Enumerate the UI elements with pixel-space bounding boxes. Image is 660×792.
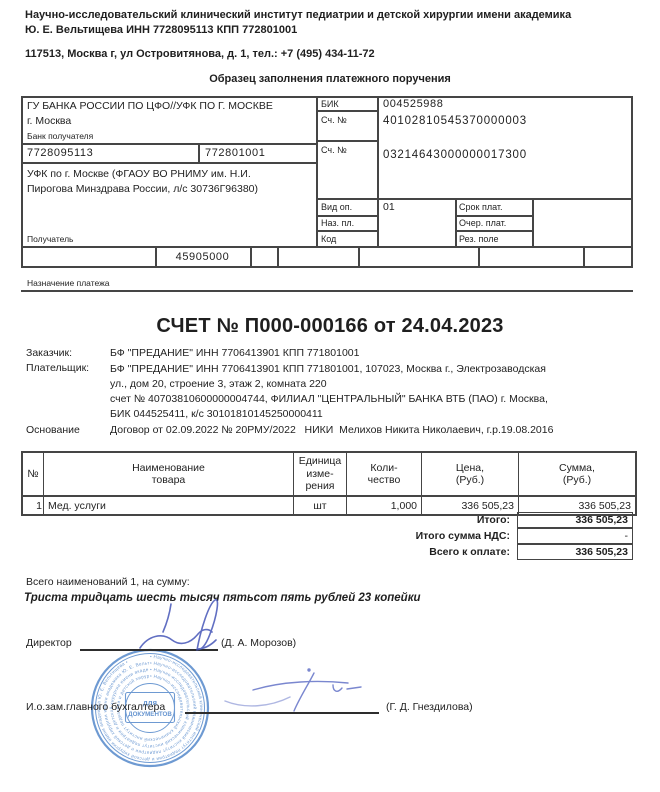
purpose-label: Назначение платежа: [27, 278, 110, 288]
slip-line: [316, 96, 318, 248]
slip-line: [250, 248, 252, 268]
slip-line: [456, 215, 533, 217]
recipient-label: Получатель: [27, 234, 73, 244]
payment-sample-caption: Образец заполнения платежного поручения: [0, 73, 660, 85]
recipient-name: УФК по г. Москве (ФГАОУ ВО РНИМУ им. Н.И…: [27, 167, 258, 197]
director-label: Директор: [26, 637, 72, 650]
slip-line: [21, 143, 317, 145]
account-value: 03214643000000017300: [383, 149, 527, 162]
accountant-label: И.о.зам.главного бухгалтера: [26, 701, 165, 714]
recipient-bank-label: Банк получателя: [27, 131, 93, 141]
oktmo-code: 45905000: [155, 251, 250, 264]
recipient-bank-name: ГУ БАНКА РОССИИ ПО ЦФО//УФК ПО Г. МОСКВЕ…: [27, 99, 273, 129]
col-header-unit: Единица изме- рения: [294, 453, 347, 497]
account-label: Сч. №: [321, 145, 347, 156]
customer-label: Заказчик:: [26, 347, 72, 360]
basis-value: Договор от 02.09.2022 № 20РМУ/2022 НИКИ …: [110, 424, 553, 437]
rez-pole-label: Рез. поле: [459, 234, 498, 245]
slip-line: [377, 96, 379, 248]
items-count-line: Всего наименований 1, на сумму:: [26, 576, 190, 589]
slip-line: [583, 248, 585, 268]
total-value: 336 505,23: [517, 512, 633, 528]
naz-pl-label: Наз. пл.: [321, 218, 354, 229]
col-header-name: Наименование товара: [44, 453, 294, 497]
slip-line: [532, 198, 534, 248]
total-label: Итого:: [21, 512, 517, 528]
slip-line: [317, 215, 378, 217]
total-value: -: [517, 528, 633, 544]
basis-label: Основание: [26, 424, 80, 437]
accountant-signature: [215, 653, 375, 715]
col-header-sum: Сумма, (Руб.): [519, 453, 635, 497]
corr-account-label: Сч. №: [321, 115, 347, 126]
slip-line: [21, 246, 633, 248]
accountant-name: (Г. Д. Гнездилова): [386, 701, 473, 714]
slip-line: [631, 96, 633, 268]
slip-line: [317, 110, 378, 112]
total-label: Всего к оплате:: [21, 544, 517, 560]
purpose-underline: [21, 290, 633, 292]
total-row-nds: Итого сумма НДС: -: [21, 528, 633, 544]
slip-line: [277, 248, 279, 268]
recipient-kpp: 772801001: [205, 147, 265, 160]
slip-line: [21, 96, 633, 98]
slip-line: [21, 162, 317, 164]
slip-line: [456, 230, 533, 232]
slip-line: [358, 248, 360, 268]
total-value: 336 505,23: [517, 544, 633, 560]
total-row-itogo: Итого: 336 505,23: [21, 512, 633, 528]
customer-value: БФ "ПРЕДАНИЕ" ИНН 7706413901 КПП 7718010…: [110, 347, 359, 360]
invoice-title: СЧЕТ № П000-000166 от 24.04.2023: [0, 315, 660, 338]
total-label: Итого сумма НДС:: [21, 528, 517, 544]
kod-label: Код: [321, 234, 336, 245]
items-table: № Наименование товара Единица изме- рени…: [21, 451, 637, 516]
slip-line: [198, 143, 200, 164]
vid-op-value: 01: [383, 201, 395, 214]
slip-line: [317, 230, 378, 232]
recipient-inn: 7728095113: [27, 147, 93, 160]
col-header-qty: Коли- чество: [347, 453, 422, 497]
org-address: 117513, Москва г, ул Островитянова, д. 1…: [25, 48, 375, 60]
slip-line: [21, 266, 633, 268]
col-header-price: Цена, (Руб.): [422, 453, 519, 497]
slip-line: [317, 140, 378, 142]
invoice-document: Научно-исследовательский клинический инс…: [0, 0, 660, 792]
vid-op-label: Вид оп.: [321, 202, 352, 213]
org-name: Научно-исследовательский клинический инс…: [25, 8, 635, 37]
payer-label: Плательщик:: [26, 362, 89, 375]
col-header-num: №: [23, 453, 44, 497]
srok-plat-label: Срок плат.: [459, 202, 503, 213]
director-signature: [130, 593, 250, 655]
slip-line: [317, 198, 633, 200]
payer-value: БФ "ПРЕДАНИЕ" ИНН 7706413901 КПП 7718010…: [110, 362, 548, 422]
total-row-payable: Всего к оплате: 336 505,23: [21, 544, 633, 560]
bik-value: 004525988: [383, 98, 443, 111]
corr-account-value: 40102810545370000003: [383, 115, 527, 128]
bik-label: БИК: [321, 99, 339, 110]
slip-line: [21, 96, 23, 268]
slip-line: [455, 198, 457, 248]
ocher-plat-label: Очер. плат.: [459, 218, 506, 229]
slip-line: [478, 248, 480, 268]
